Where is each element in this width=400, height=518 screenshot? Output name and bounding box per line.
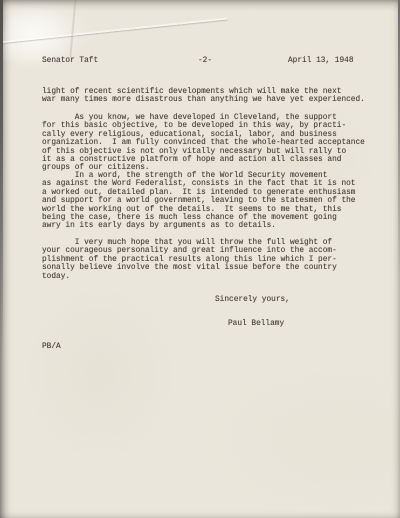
typist-initials: PB/A — [42, 343, 61, 351]
closing-line: Sincerely yours, — [215, 296, 290, 304]
recipient-name: Senator Taft — [42, 57, 98, 65]
page-number: -2- — [198, 57, 212, 65]
letter-body: Senator Taft -2- April 13, 1948 light of… — [0, 0, 400, 518]
letter-date: April 13, 1948 — [288, 57, 354, 65]
letter-paragraph-2: As you know, we have developed in Clevel… — [42, 114, 365, 173]
letter-paragraph-1: light of recent scientific developments … — [42, 88, 365, 105]
letter-paragraph-3: In a word, the strength of the World Sec… — [42, 172, 356, 231]
scanned-letter: Senator Taft -2- April 13, 1948 light of… — [0, 0, 400, 518]
letter-paragraph-4: I very much hope that you will throw the… — [42, 239, 337, 281]
letter-header: Senator Taft -2- April 13, 1948 — [42, 57, 372, 66]
signature-name: Paul Bellamy — [228, 320, 284, 328]
letter-paper: Senator Taft -2- April 13, 1948 light of… — [0, 0, 400, 518]
